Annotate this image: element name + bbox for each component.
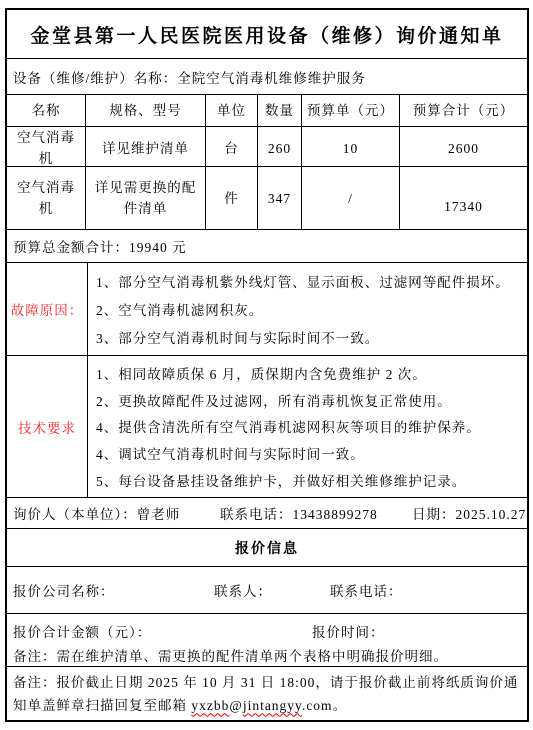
cell-unit: 台 (206, 127, 258, 169)
cell-qty: 260 (258, 127, 302, 169)
cell-unit-price: 10 (302, 127, 400, 169)
table-header-spec: 规格、型号 (86, 95, 206, 126)
tech-item: 2、更换故障配件及过滤网，所有消毒机恢复正常使用。 (96, 390, 525, 410)
inquiry-row: 询价人（本单位）：曾老师 联系电话：13438899278 日期：2025.10… (7, 498, 527, 529)
deadline-note: 备注：报价截止日期 2025 年 10 月 31 日 18:00，请于报价截止前… (7, 667, 527, 720)
fault-items: 1、部分空气消毒机紫外线灯管、显示面板、过滤网等配件损坏。 2、空气消毒机滤网积… (88, 263, 527, 355)
fault-label: 故障原因： (7, 263, 88, 355)
quote-phone-label: 联系电话： (330, 580, 403, 600)
email-domain: jintangyy (243, 698, 302, 713)
budget-total-row: 预算总金额合计：19940 元 (7, 230, 527, 263)
quote-company-label: 报价公司名称： (13, 580, 115, 600)
table-header-row: 名称 规格、型号 单位 数量 预算单（元） 预算合计（元） (7, 95, 527, 127)
cell-total: 17340 (400, 167, 527, 229)
tech-item: 4、提供含清洗所有空气消毒机滤网积灰等项目的维护保养。 (96, 416, 525, 436)
cell-unit-price: / (302, 167, 400, 229)
quote-contact-label: 联系人： (214, 580, 272, 600)
cell-spec: 详见需更换的配件清单 (86, 167, 206, 229)
cell-qty: 347 (258, 167, 302, 229)
quote-time-label: 报价时间： (312, 621, 385, 641)
fault-item: 1、部分空气消毒机紫外线灯管、显示面板、过滤网等配件损坏。 (96, 271, 525, 291)
email-user: yxzbb (191, 698, 229, 713)
fault-item: 2、空气消毒机滤网积灰。 (96, 299, 525, 319)
email-at: @ (229, 698, 242, 713)
table-row: 空气消毒机 详见维护清单 台 260 10 2600 (7, 127, 527, 167)
tech-item: 5、每台设备悬挂设备维护卡，并做好相关维修维护记录。 (96, 470, 525, 490)
inquiry-person: 询价人（本单位）：曾老师 (13, 503, 180, 523)
table-header-qty: 数量 (258, 95, 302, 126)
quote-amount-row: 报价合计金额（元）： 报价时间： 备注：需在维护清单、需更换的配件清单两个表格中… (7, 614, 527, 667)
table-row: 空气消毒机 详见需更换的配件清单 件 347 / 17340 (7, 167, 527, 230)
document-page: 金堂县第一人民医院医用设备（维修）询价通知单 设备（维修/维护）名称：全院空气消… (0, 0, 533, 730)
quote-section-title: 报价信息 (7, 529, 527, 567)
fault-item: 3、部分空气消毒机时间与实际时间不一致。 (96, 327, 525, 347)
cell-spec: 详见维护清单 (86, 127, 206, 169)
tech-item: 1、相同故障质保 6 月，质保期内含免费维护 2 次。 (96, 363, 525, 383)
tech-section: 技术要求 1、相同故障质保 6 月，质保期内含免费维护 2 次。 2、更换故障配… (7, 356, 527, 498)
quote-amount-line: 报价合计金额（元）： 报价时间： (7, 621, 527, 641)
table-header-total: 预算合计（元） (400, 95, 527, 126)
fault-section: 故障原因： 1、部分空气消毒机紫外线灯管、显示面板、过滤网等配件损坏。 2、空气… (7, 263, 527, 356)
cell-total: 2600 (400, 127, 527, 169)
deadline-suffix: 。 (333, 698, 348, 713)
device-name-row: 设备（维修/维护）名称：全院空气消毒机维修维护服务 (7, 59, 527, 95)
quote-note: 备注：需在维护清单、需更换的配件清单两个表格中明确报价明细。 (13, 645, 523, 665)
page-title: 金堂县第一人民医院医用设备（维修）询价通知单 (7, 10, 527, 59)
table-header-unit: 单位 (206, 95, 258, 126)
table-header-unit-price: 预算单（元） (302, 95, 400, 126)
tech-label: 技术要求 (7, 356, 88, 497)
cell-name: 空气消毒机 (7, 167, 86, 229)
quote-amount-label: 报价合计金额（元）： (13, 621, 151, 641)
tech-items: 1、相同故障质保 6 月，质保期内含免费维护 2 次。 2、更换故障配件及过滤网… (88, 356, 527, 497)
inquiry-date: 日期：2025.10.27 (412, 503, 526, 523)
cell-name: 空气消毒机 (7, 127, 86, 169)
cell-unit: 件 (206, 167, 258, 229)
email-tld: .com (302, 698, 333, 713)
inquiry-notice-table: 金堂县第一人民医院医用设备（维修）询价通知单 设备（维修/维护）名称：全院空气消… (5, 8, 529, 722)
inquiry-phone: 联系电话：13438899278 (220, 503, 378, 523)
quote-company-row: 报价公司名称： 联系人： 联系电话： (7, 567, 527, 614)
table-header-name: 名称 (7, 95, 86, 126)
tech-item: 4、调试空气消毒机时间与实际时间一致。 (96, 443, 525, 463)
